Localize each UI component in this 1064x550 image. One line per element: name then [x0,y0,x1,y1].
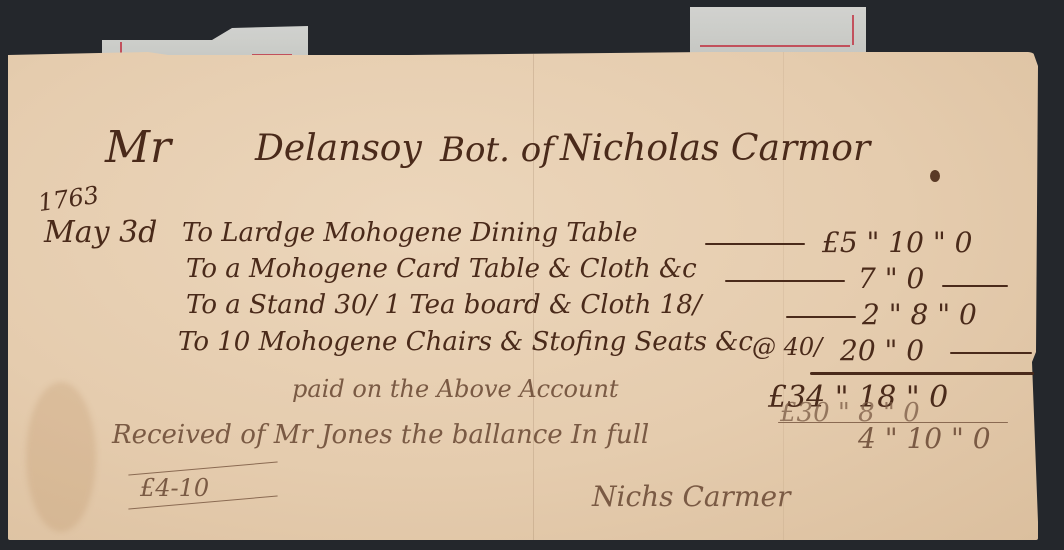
line-item-description: To Lardge Mohogene Dining Table [182,218,638,248]
receipt-note: Received of Mr Jones the ballance In ful… [112,420,649,450]
paid-note: paid on the Above Account [292,375,619,403]
water-stain [26,382,96,532]
salutation: Mr [105,122,171,173]
line-item-amount: 20 " 0 [840,334,924,367]
red-seal-mark [810,15,854,45]
mounting-tape-right [690,7,866,53]
line-item-description: To a Stand 30/ 1 Tea board & Cloth 18/ [186,290,702,320]
leader-line [786,316,856,318]
line-item-rate: @ 40/ [752,333,822,361]
line-item-description: To 10 Mohogene Chairs & Stofing Seats &c [178,327,753,357]
line-item-description: To a Mohogene Card Table & Cloth &c [186,254,697,284]
month-day: May 3d [44,215,157,250]
leader-line [725,280,845,282]
total-rule [810,372,1034,375]
ink-blot [930,170,940,182]
buyer-name: Delansoy [255,128,422,169]
balance-amount: 4 " 10 " 0 [858,422,991,455]
line-item-amount: £5 " 10 " 0 [822,226,972,259]
leader-line [950,352,1032,354]
fold-line [783,52,784,540]
line-item-amount: 2 " 8 " 0 [862,298,977,331]
seller-name: Nicholas Carmor [560,128,870,169]
red-seal-mark [700,45,850,49]
receipt-amount: £4-10 [140,474,209,502]
leader-line [705,243,805,245]
leader-line [942,285,1008,287]
signature: Nichs Carmer [592,480,790,513]
line-item-amount: 7 " 0 [858,262,924,295]
bought-of: Bot. of [440,130,554,170]
